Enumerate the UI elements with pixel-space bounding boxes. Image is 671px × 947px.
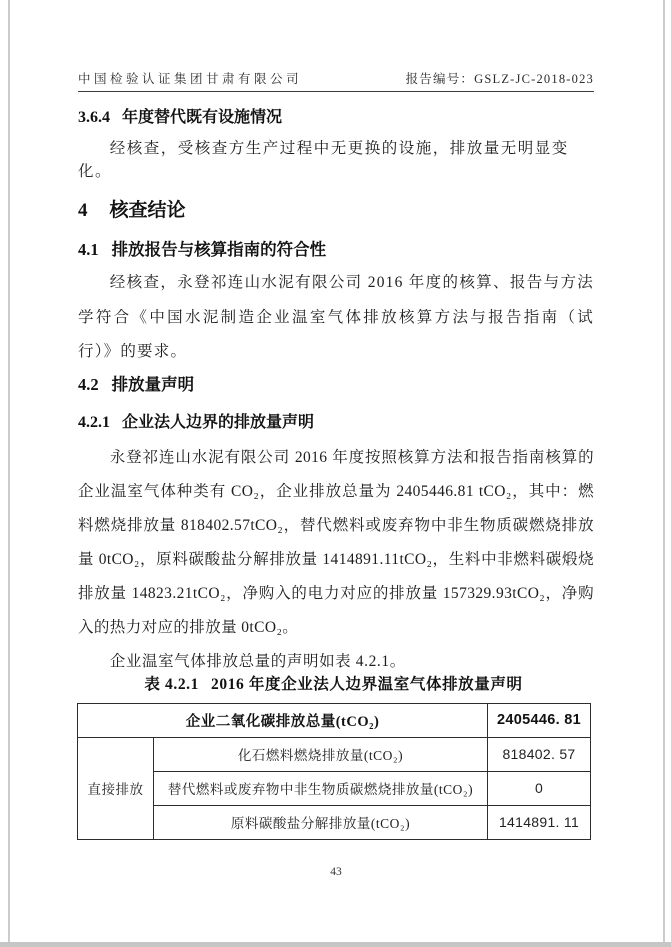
- table-row: 原料碳酸盐分解排放量(tCO₂) 1414891. 11: [78, 805, 591, 839]
- scan-edge-bottom: [0, 942, 671, 947]
- row-value-cell: 818402. 57: [488, 737, 591, 771]
- page-number: 43: [78, 866, 594, 878]
- heading-title: 排放量声明: [112, 375, 195, 394]
- group-label-cell: 直接排放: [78, 737, 154, 839]
- scan-edge-right: [663, 0, 665, 947]
- heading-title: 年度替代既有设施情况: [122, 109, 282, 126]
- heading-3-6-4: 3.6.4年度替代既有设施情况: [78, 107, 594, 129]
- table-caption-number: 表 4.2.1: [144, 676, 199, 693]
- total-value-cell: 2405446. 81: [488, 703, 591, 737]
- table-row-total: 企业二氧化碳排放总量(tCO₂) 2405446. 81: [78, 703, 591, 737]
- heading-title: 核查结论: [110, 200, 186, 221]
- paragraph-4-2-1-emissions: 永登祁连山水泥有限公司 2016 年度按照核算方法和报告指南核算的企业温室气体种…: [78, 441, 594, 645]
- report-page: 中国检验认证集团甘肃有限公司 报告编号：GSLZ-JC-2018-023 3.6…: [0, 0, 671, 947]
- heading-number: 4.2.1: [78, 414, 110, 431]
- heading-number: 4.1: [78, 240, 99, 259]
- table-row: 直接排放 化石燃料燃烧排放量(tCO₂) 818402. 57: [78, 737, 591, 771]
- row-label-cell: 原料碳酸盐分解排放量(tCO₂): [154, 805, 488, 839]
- total-label-cell: 企业二氧化碳排放总量(tCO₂): [78, 703, 488, 737]
- page-header: 中国检验认证集团甘肃有限公司 报告编号：GSLZ-JC-2018-023: [78, 0, 594, 92]
- heading-number: 4: [78, 200, 88, 221]
- heading-4-1: 4.1排放报告与核算指南的符合性: [78, 238, 594, 261]
- paragraph-3-6-4: 经核查，受核查方生产过程中无更换的设施，排放量无明显变化。: [78, 137, 594, 183]
- row-value-cell: 0: [488, 771, 591, 805]
- heading-4-2: 4.2排放量声明: [78, 373, 594, 396]
- table-caption: 表 4.2.12016 年度企业法人边界温室气体排放量声明: [77, 673, 590, 697]
- header-report-number: 报告编号：GSLZ-JC-2018-023: [406, 71, 594, 87]
- page-content: 中国检验认证集团甘肃有限公司 报告编号：GSLZ-JC-2018-023 3.6…: [78, 0, 594, 840]
- row-value-cell: 1414891. 11: [488, 805, 591, 839]
- paragraph-4-1: 经核查，永登祁连山水泥有限公司 2016 年度的核算、报告与方法学符合《中国水泥…: [78, 266, 594, 370]
- row-label-cell: 替代燃料或废弃物中非生物质碳燃烧排放量(tCO₂): [154, 771, 488, 805]
- heading-title: 企业法人边界的排放量声明: [122, 414, 314, 431]
- heading-number: 3.6.4: [78, 109, 110, 126]
- heading-4-2-1: 4.2.1企业法人边界的排放量声明: [78, 412, 594, 434]
- emissions-declaration-table: 企业二氧化碳排放总量(tCO₂) 2405446. 81 直接排放 化石燃料燃烧…: [77, 703, 591, 840]
- scan-edge-left: [8, 0, 10, 947]
- heading-title: 排放报告与核算指南的符合性: [112, 240, 327, 259]
- heading-number: 4.2: [78, 375, 99, 394]
- table-row: 替代燃料或废弃物中非生物质碳燃烧排放量(tCO₂) 0: [78, 771, 591, 805]
- heading-4: 4核查结论: [78, 198, 594, 224]
- row-label-cell: 化石燃料燃烧排放量(tCO₂): [154, 737, 488, 771]
- header-company-name: 中国检验认证集团甘肃有限公司: [78, 71, 302, 87]
- table-caption-title: 2016 年度企业法人边界温室气体排放量声明: [211, 676, 523, 693]
